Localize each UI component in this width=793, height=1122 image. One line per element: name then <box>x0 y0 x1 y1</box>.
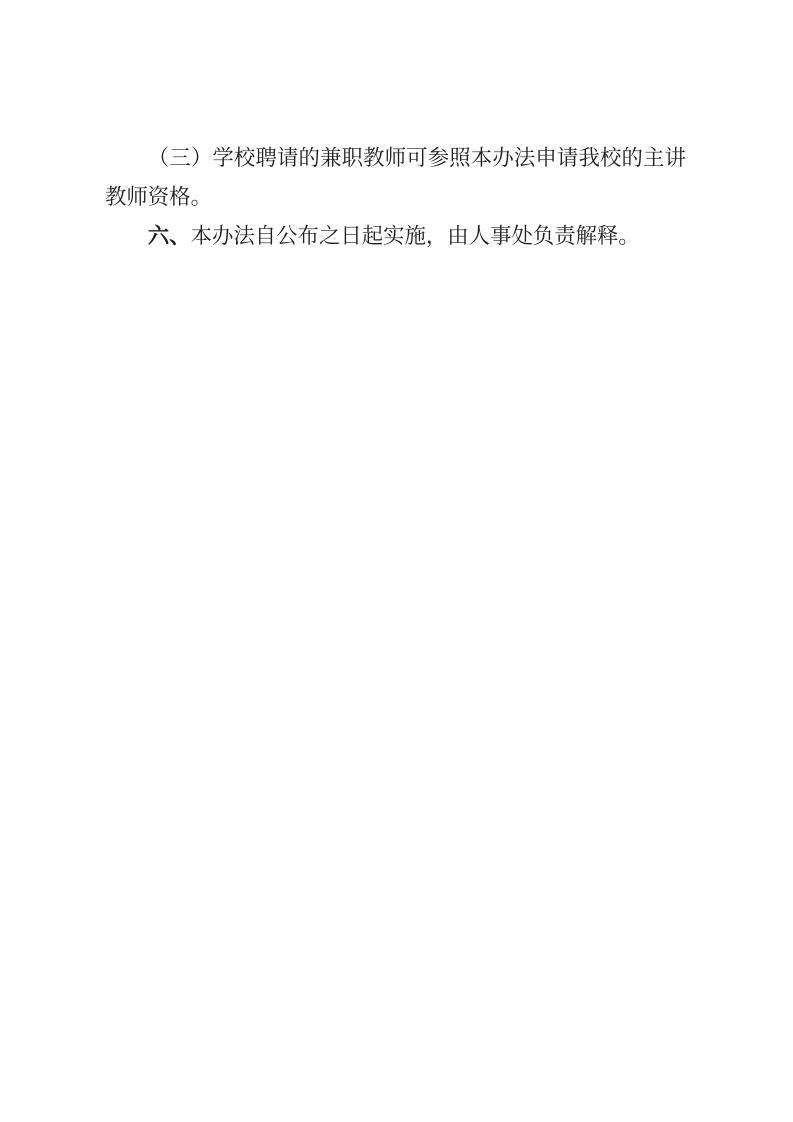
document-content: （三）学校聘请的兼职教师可参照本办法申请我校的主讲教师资格。 六、本办法自公布之… <box>105 139 686 256</box>
clause-number: 六、 <box>148 224 191 248</box>
document-page: （三）学校聘请的兼职教师可参照本办法申请我校的主讲教师资格。 六、本办法自公布之… <box>0 0 793 1122</box>
paragraph-text: 本办法自公布之日起实施，由人事处负责解释。 <box>191 224 640 248</box>
paragraph-clause-3: （三）学校聘请的兼职教师可参照本办法申请我校的主讲教师资格。 <box>105 139 686 217</box>
paragraph-clause-6: 六、本办法自公布之日起实施，由人事处负责解释。 <box>105 217 686 256</box>
paragraph-text: （三）学校聘请的兼职教师可参照本办法申请我校的主讲教师资格。 <box>105 146 686 209</box>
